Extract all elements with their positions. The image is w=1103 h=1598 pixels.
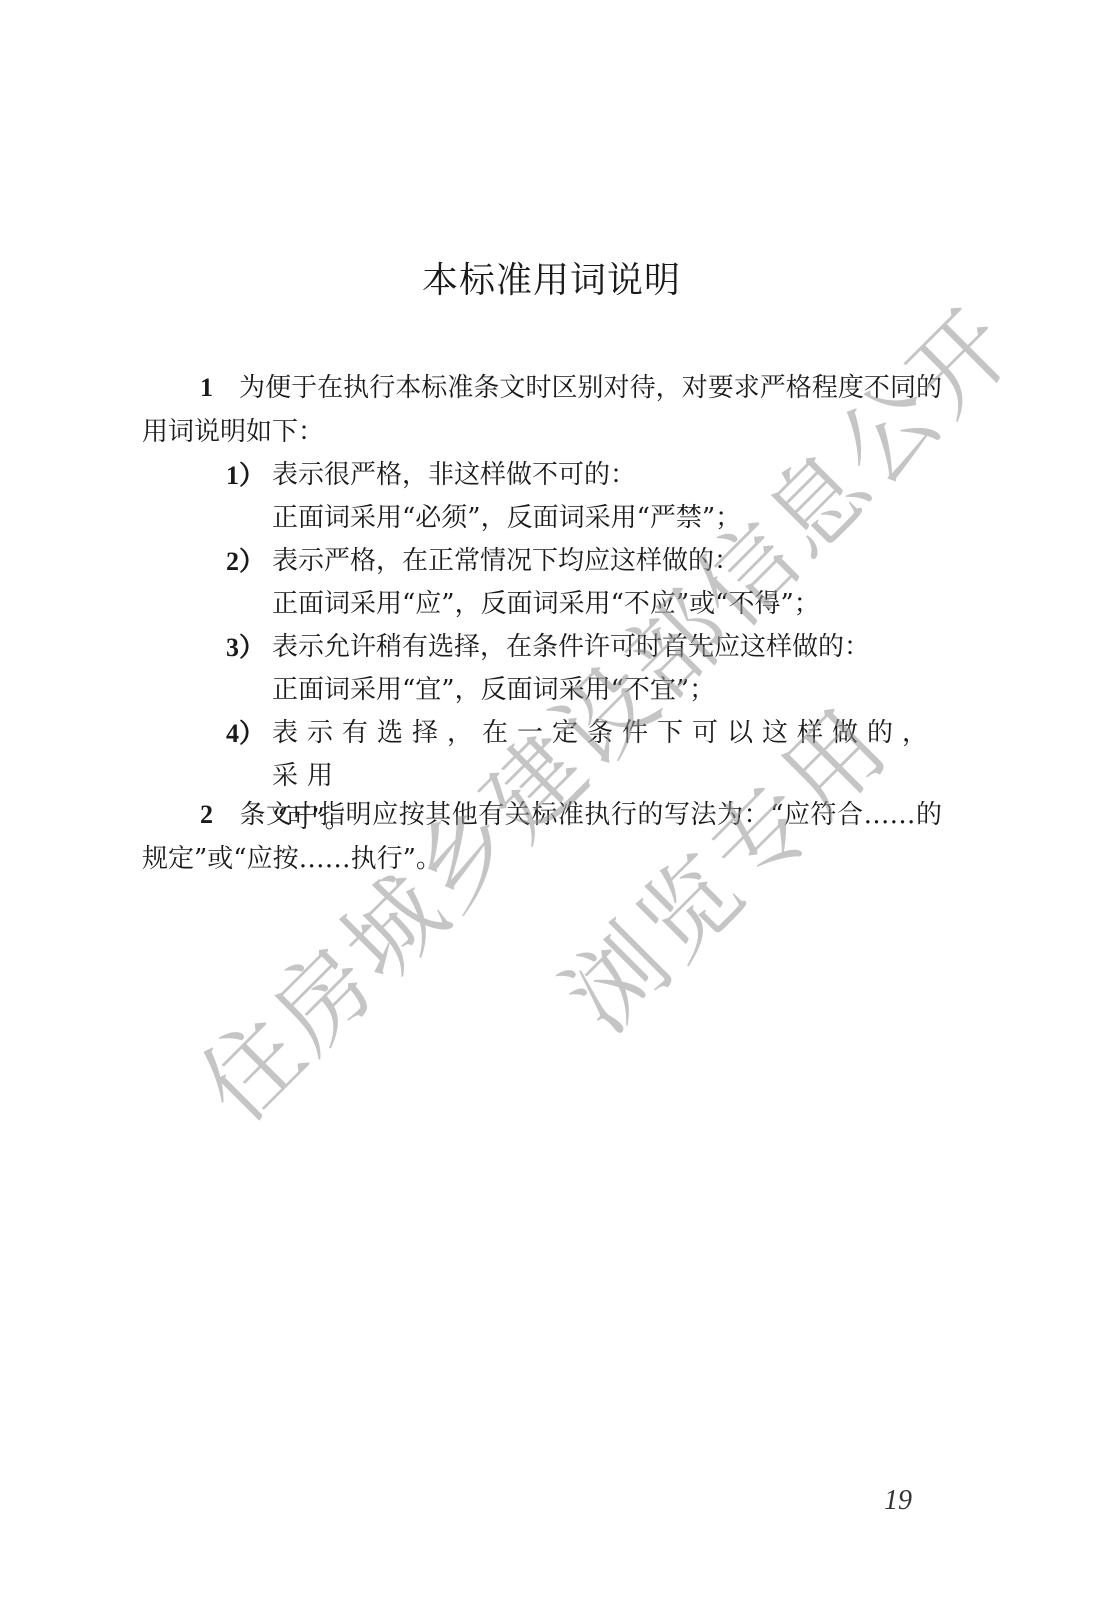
list-item: 1） 表示很严格，非这样做不可的： 正面词采用“必须”，反面词采用“严禁”； xyxy=(226,454,942,540)
item-lead: 表示有选择，在一定条件下可以这样做的，采用 xyxy=(272,712,942,798)
usage-list: 1） 表示很严格，非这样做不可的： 正面词采用“必须”，反面词采用“严禁”； 2… xyxy=(226,454,942,841)
clause-1: 1为便于在执行本标准条文时区别对待，对要求严格程度不同的用词说明如下： xyxy=(142,366,942,454)
item-sub: 正面词采用“应”，反面词采用“不应”或“不得”； xyxy=(226,583,942,626)
clause-text: 为便于在执行本标准条文时区别对待，对要求严格程度不同的用词说明如下： xyxy=(142,373,942,447)
item-number: 2） xyxy=(226,540,272,583)
page-title: 本标准用词说明 xyxy=(0,252,1103,303)
list-item: 3） 表示允许稍有选择，在条件许可时首先应这样做的： 正面词采用“宜”，反面词采… xyxy=(226,626,942,712)
item-sub: 正面词采用“宜”，反面词采用“不宜”； xyxy=(226,669,942,712)
list-item: 2） 表示严格，在正常情况下均应这样做的： 正面词采用“应”，反面词采用“不应”… xyxy=(226,540,942,626)
item-number: 1） xyxy=(226,454,272,497)
clause-text: 条文中指明应按其他有关标准执行的写法为：“应符合……的规定”或“应按……执行”。 xyxy=(142,800,942,874)
item-sub: 正面词采用“必须”，反面词采用“严禁”； xyxy=(226,497,942,540)
item-number: 4） xyxy=(226,712,272,798)
clause-number: 2 xyxy=(200,800,213,829)
clause-2: 2条文中指明应按其他有关标准执行的写法为：“应符合……的规定”或“应按……执行”… xyxy=(142,793,942,881)
item-number: 3） xyxy=(226,626,272,669)
item-lead: 表示严格，在正常情况下均应这样做的： xyxy=(272,540,740,583)
page-number: 19 xyxy=(884,1485,912,1517)
document-page: 本标准用词说明 1为便于在执行本标准条文时区别对待，对要求严格程度不同的用词说明… xyxy=(0,0,1103,1598)
item-lead: 表示允许稍有选择，在条件许可时首先应这样做的： xyxy=(272,626,870,669)
item-lead: 表示很严格，非这样做不可的： xyxy=(272,454,636,497)
clause-number: 1 xyxy=(200,373,213,402)
